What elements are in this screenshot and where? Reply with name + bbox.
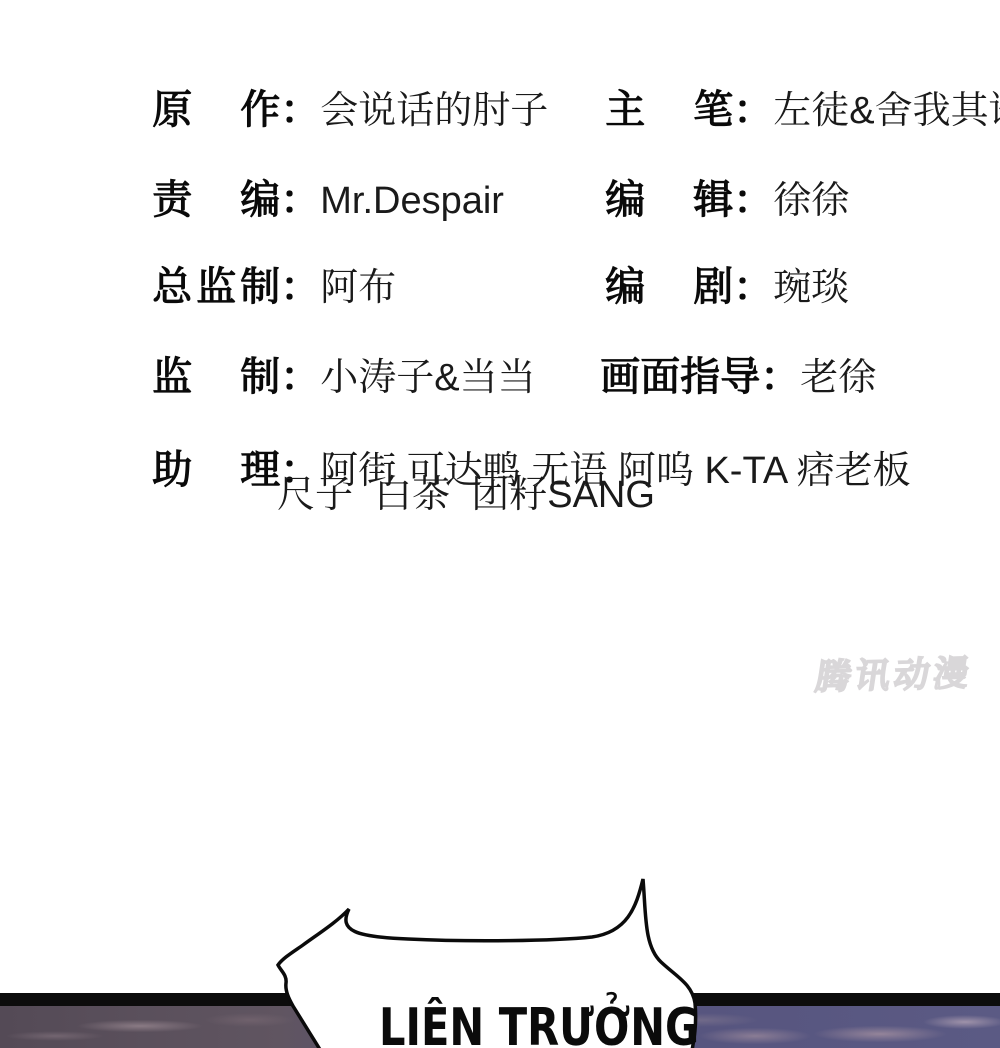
- credit-names: Mr.Despair: [320, 180, 504, 222]
- comic-credits-page: 原作：会说话的肘子 责编：Mr.Despair 总监制：阿布 监制：小涛子&当当…: [0, 0, 1000, 1048]
- credit-role-label: 总监制: [152, 267, 280, 307]
- credit-role-label: 画面指导: [600, 357, 760, 397]
- credit-row: 画面指导：老徐: [558, 319, 876, 435]
- credit-role-label: 编辑: [605, 180, 733, 220]
- credit-names: 小涛子&当当: [320, 357, 535, 399]
- credit-names: 琬琰: [773, 267, 849, 309]
- credit-colon: ：: [280, 88, 320, 132]
- credit-role-label: 助理: [152, 450, 280, 490]
- credit-names: 会说话的肘子: [320, 90, 548, 132]
- credit-colon: ：: [280, 178, 320, 222]
- credit-colon: ：: [760, 355, 800, 399]
- credit-names: 阿布: [320, 267, 396, 309]
- credit-role-label: 原作: [152, 90, 280, 130]
- credit-names: 徐徐: [773, 180, 849, 222]
- credit-names: 老徐: [800, 357, 876, 399]
- credit-names: 左徒&舍我其谁: [773, 90, 1000, 132]
- speech-bubble-text: LIÊN TRƯỞNG: [379, 1001, 619, 1048]
- credit-colon: ：: [733, 88, 773, 132]
- credit-colon: ：: [733, 265, 773, 309]
- credit-role-label: 编剧: [605, 267, 733, 307]
- credit-role-label: 责编: [152, 180, 280, 220]
- credit-colon: ：: [733, 178, 773, 222]
- credit-colon: ：: [280, 265, 320, 309]
- credit-names-line2: 尺子 白茶 团籽SANG: [277, 476, 655, 514]
- credit-role-label: 监制: [152, 357, 280, 397]
- tencent-comics-watermark: 腾讯动漫: [812, 646, 976, 700]
- credit-colon: ：: [280, 355, 320, 399]
- credit-role-label: 主笔: [605, 90, 733, 130]
